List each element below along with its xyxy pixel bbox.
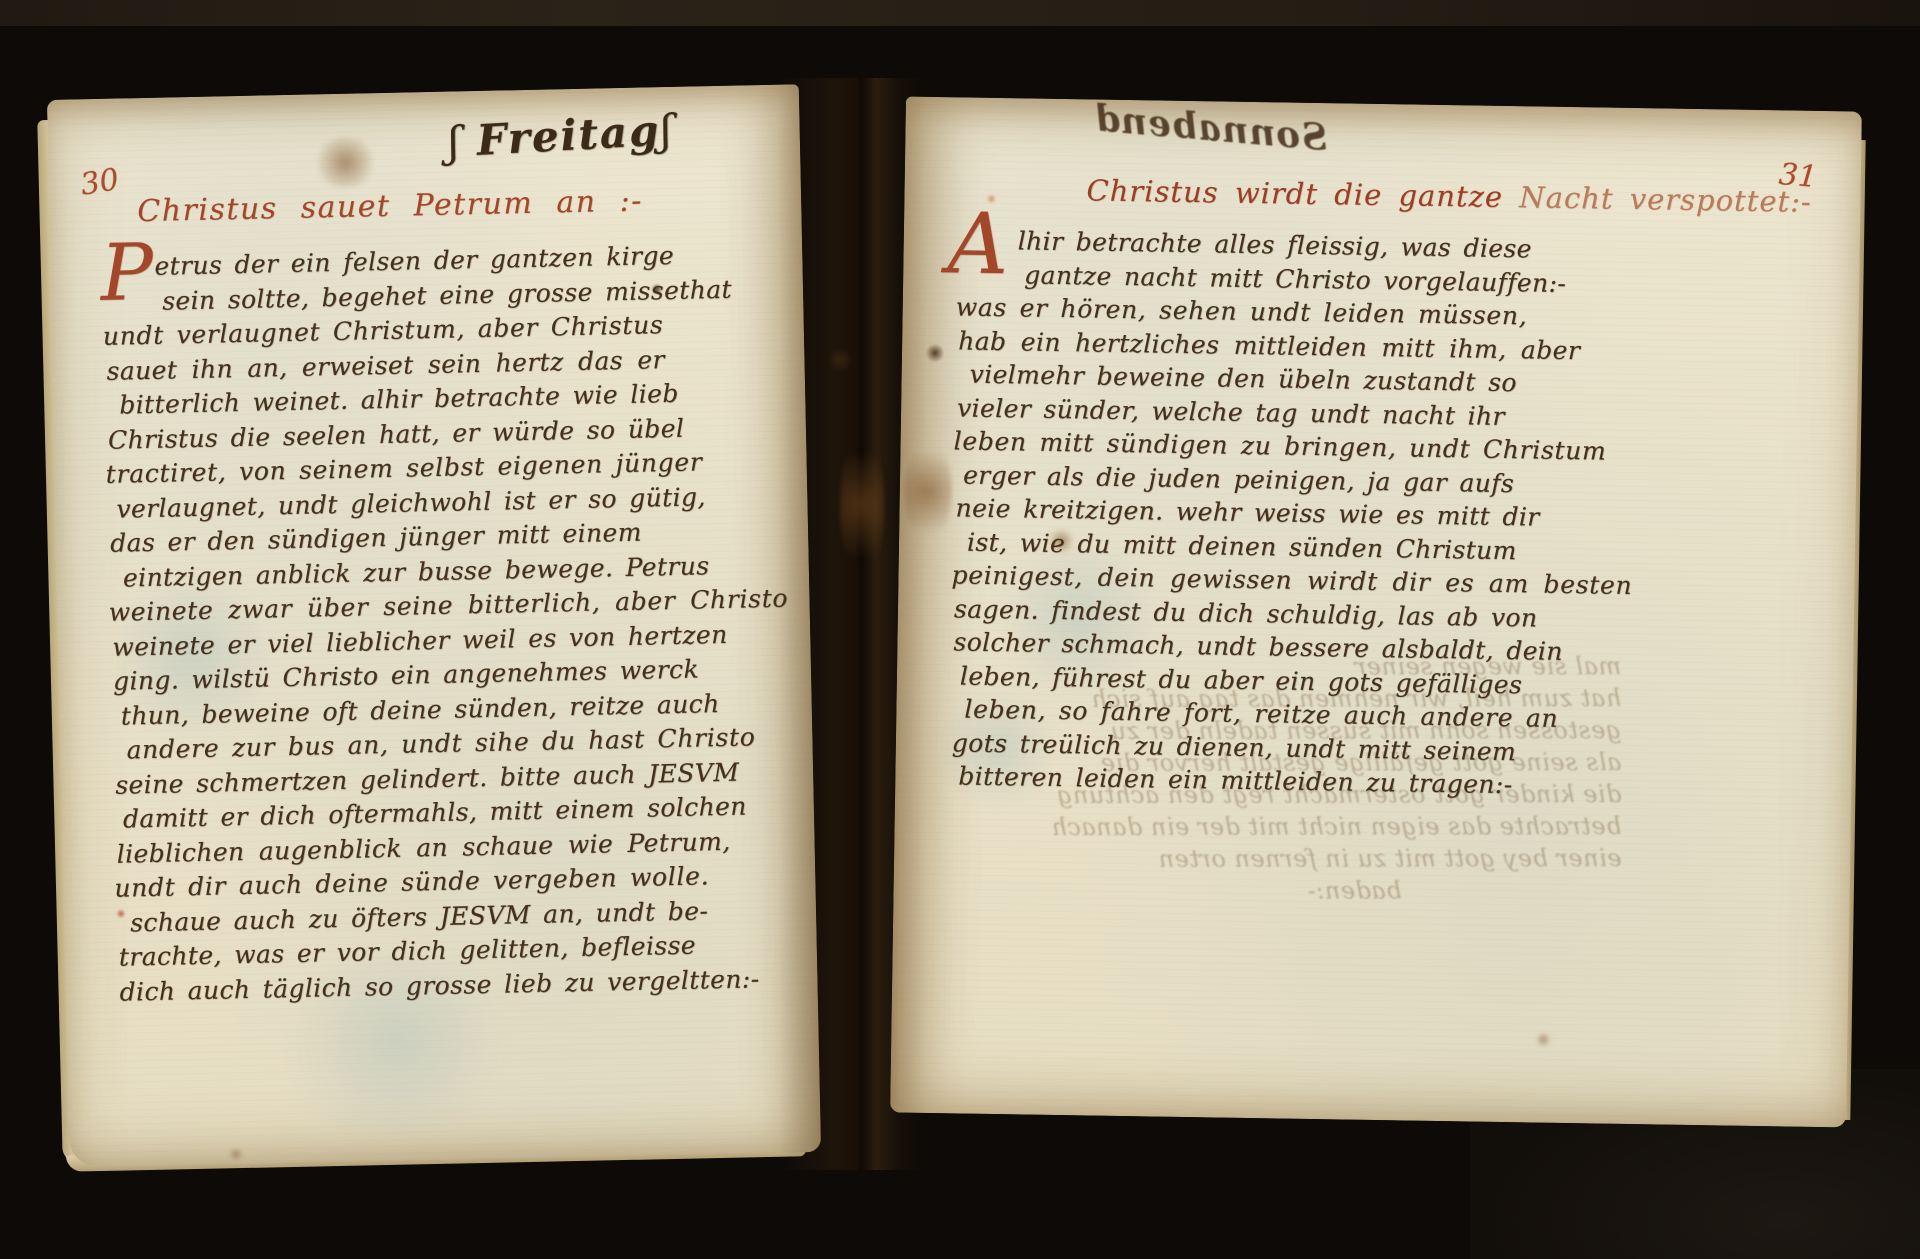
page-number: 30: [78, 162, 121, 203]
page-header-freitag: Freitag: [447, 105, 675, 167]
stain: [840, 430, 884, 580]
manuscript-text: lhir betrachte alles fleissig, was diese…: [951, 223, 1810, 806]
page-title-dark: Christus wirdt die gantze: [1086, 173, 1519, 214]
page-title: Christus wirdt die gantze Nacht verspott…: [1086, 173, 1812, 218]
right-page: 31 Sonnabend Christus wirdt die gantze N…: [890, 97, 1862, 1128]
backdrop-top-strip: [0, 0, 1920, 26]
bleedthrough-line: baden:-: [962, 874, 1402, 907]
stain: [826, 348, 854, 372]
stain: [310, 137, 381, 188]
manuscript-photo: 30 Freitag Christus sauet Petrum an :- P…: [0, 0, 1920, 1259]
left-page: 30 Freitag Christus sauet Petrum an :- P…: [47, 84, 821, 1168]
page-title: Christus sauet Petrum an :-: [137, 184, 643, 230]
stain: [229, 1148, 243, 1160]
bleedthrough-line: einer bey gott mit zu in fernen orten: [961, 842, 1621, 875]
stain: [1535, 1033, 1551, 1047]
bleedthrough-line: betrachte das eigen nicht mit der ein da…: [961, 810, 1621, 843]
stain: [926, 343, 944, 363]
bleedthrough-header-sonnabend: Sonnabend: [1092, 97, 1329, 159]
stain: [903, 437, 953, 548]
manuscript-text: etrus der ein felsen der gantzen kirgese…: [104, 237, 796, 1010]
page-title-faded: Nacht verspottet:-: [1519, 180, 1812, 219]
